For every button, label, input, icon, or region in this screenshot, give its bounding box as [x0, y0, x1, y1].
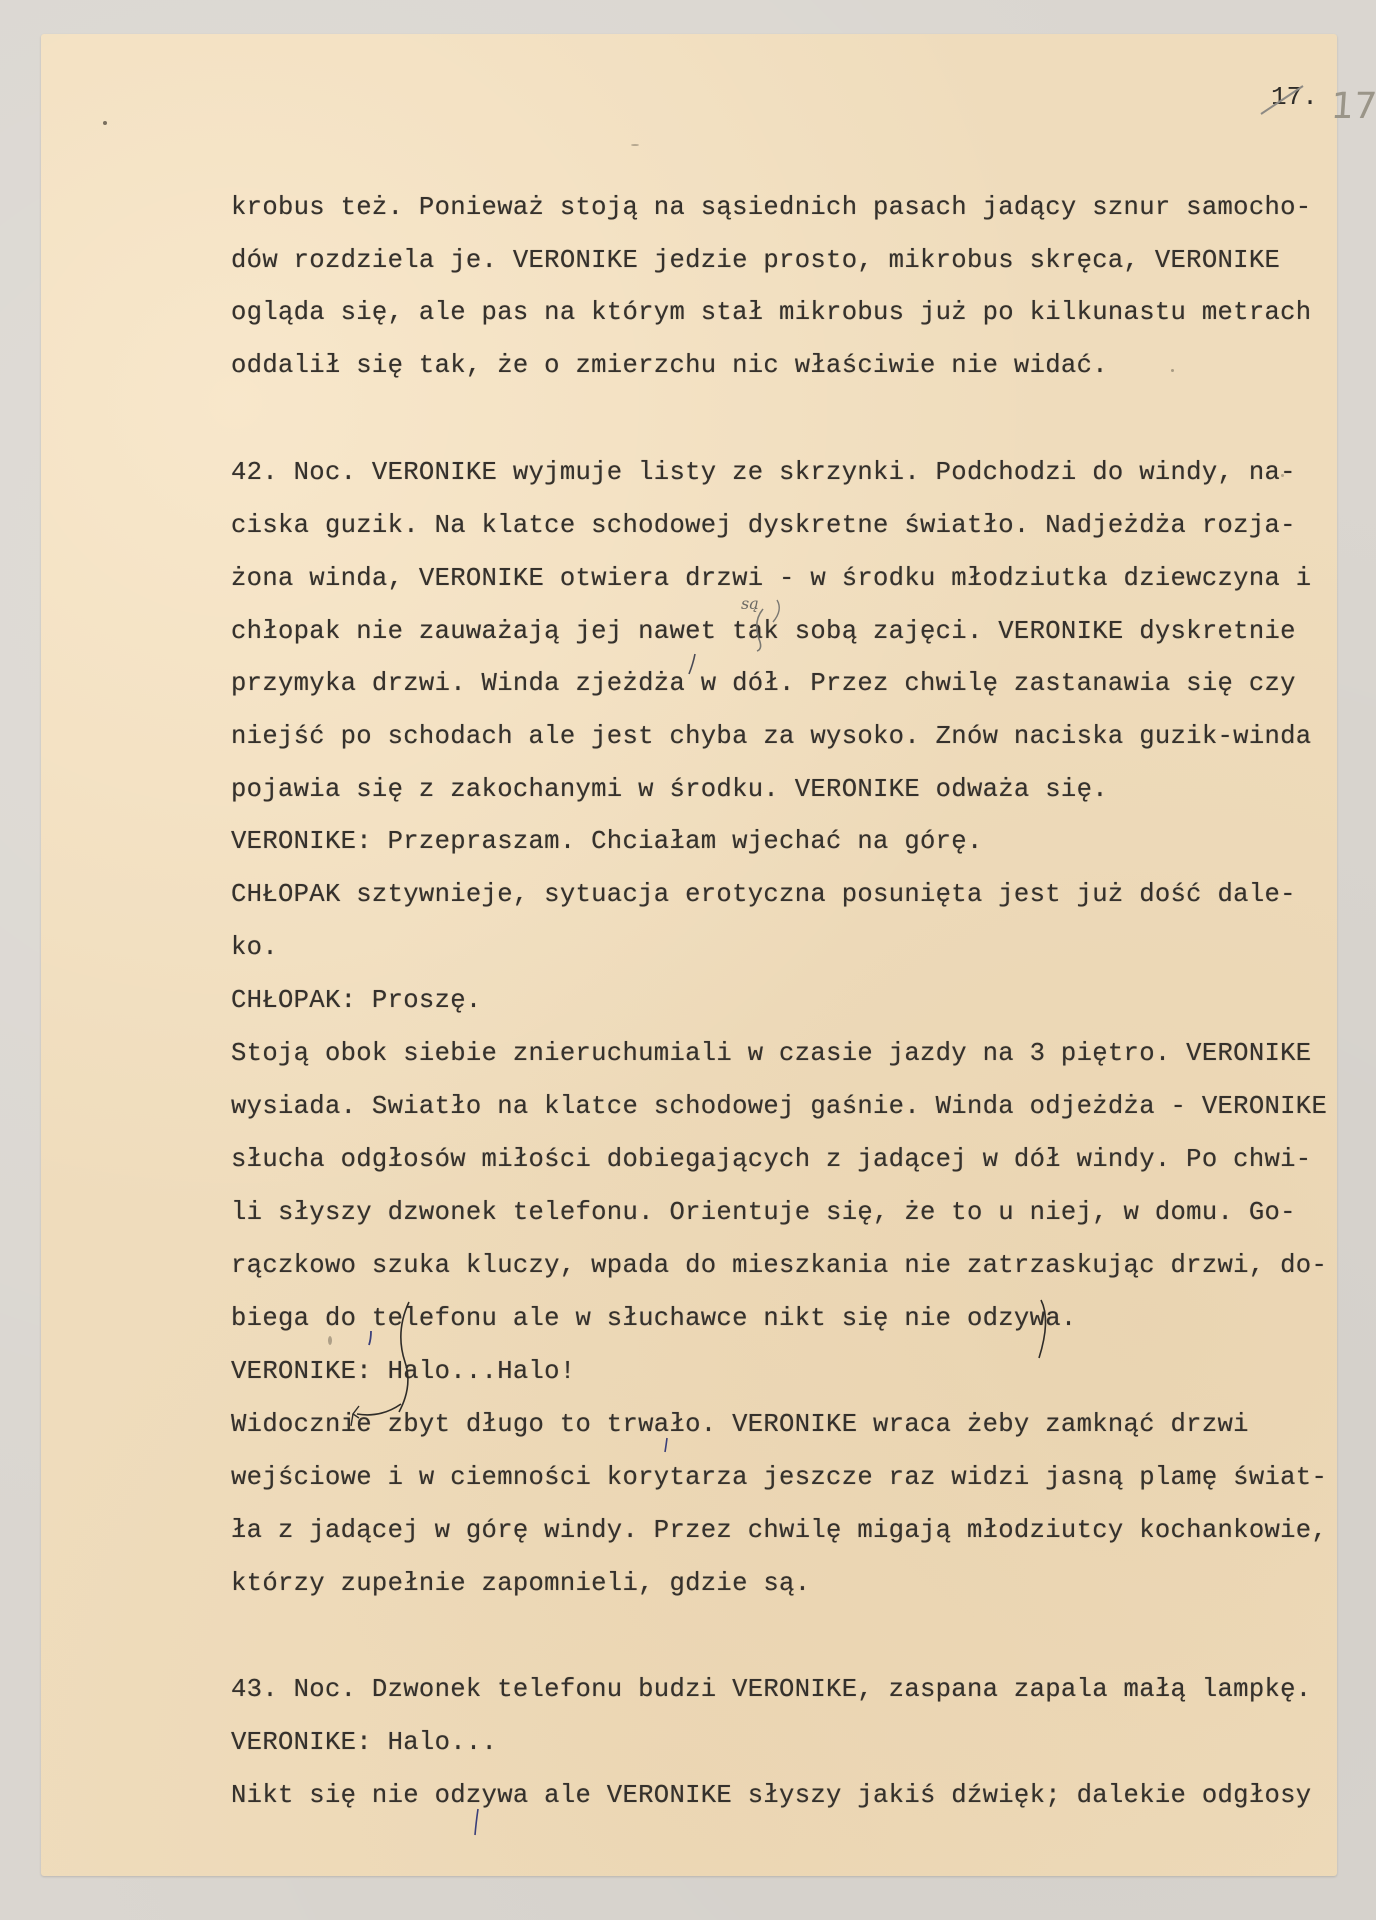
text-line: Widocznie zbyt długo to trwało. VERONIKE…	[231, 1410, 1249, 1440]
text-line: pojawia się z zakochanymi w środku. VERO…	[231, 775, 1108, 805]
text-line: biega do telefonu ale w słuchawce nikt s…	[231, 1304, 1077, 1334]
paper-speck	[103, 121, 107, 125]
paper-speck	[1281, 474, 1284, 477]
text-line: dów rozdziela je. VERONIKE jedzie prosto…	[231, 246, 1280, 276]
text-line: 42. Noc. VERONIKE wyjmuje listy ze skrzy…	[231, 458, 1296, 488]
dialogue-line: VERONIKE: Przepraszam. Chciałam wjechać …	[231, 827, 983, 857]
text-line: krobus też. Ponieważ stoją na sąsiednich…	[231, 193, 1311, 223]
text-line: ciska guzik. Na klatce schodowej dyskret…	[231, 511, 1296, 541]
paper-speck	[631, 144, 639, 146]
text-line: 43. Noc. Dzwonek telefonu budzi VERONIKE…	[231, 1675, 1311, 1705]
dialogue-line: VERONIKE: Halo...Halo!	[231, 1357, 576, 1387]
pencil-page-number: 17	[1330, 86, 1376, 127]
text-line: żona winda, VERONIKE otwiera drzwi - w ś…	[231, 564, 1311, 594]
dialogue-line: CHŁOPAK: Proszę.	[231, 986, 482, 1016]
text-line: przymyka drzwi. Winda zjeżdża w dół. Prz…	[231, 669, 1296, 699]
text-line: wysiada. Swiatło na klatce schodowej gaś…	[231, 1092, 1327, 1122]
text-line: li słyszy dzwonek telefonu. Orientuje si…	[231, 1198, 1296, 1228]
text-line: Nikt się nie odzywa ale VERONIKE słyszy …	[231, 1781, 1311, 1811]
handwritten-insert: są	[741, 594, 759, 613]
typewritten-page: 17. 17 krobus też. Ponieważ stoją na sąs…	[41, 34, 1337, 1876]
text-line: oddalił się tak, że o zmierzchu nic właś…	[231, 351, 1108, 381]
text-line: ła z jadącej w górę windy. Przez chwilę …	[231, 1516, 1327, 1546]
paper-speck	[328, 1336, 332, 1345]
text-line: niejść po schodach ale jest chyba za wys…	[231, 722, 1311, 752]
text-line: słucha odgłosów miłości dobiegających z …	[231, 1145, 1311, 1175]
text-line: Stoją obok siebie znieruchumiali w czasi…	[231, 1039, 1311, 1069]
text-line: którzy zupełnie zapomnieli, gdzie są.	[231, 1569, 810, 1599]
text-line: chłopak nie zauważają jej nawet tak sobą…	[231, 617, 1296, 647]
page-number: 17.	[1271, 82, 1318, 112]
text-line: CHŁOPAK sztywnieje, sytuacja erotyczna p…	[231, 880, 1296, 910]
dialogue-line: VERONIKE: Halo...	[231, 1728, 497, 1758]
text-line: ogląda się, ale pas na którym stał mikro…	[231, 298, 1311, 328]
text-line: wejściowe i w ciemności korytarza jeszcz…	[231, 1463, 1327, 1493]
text-line: ko.	[231, 933, 278, 963]
paper-speck	[1171, 369, 1174, 372]
text-line: rączkowo szuka kluczy, wpada do mieszkan…	[231, 1251, 1327, 1281]
